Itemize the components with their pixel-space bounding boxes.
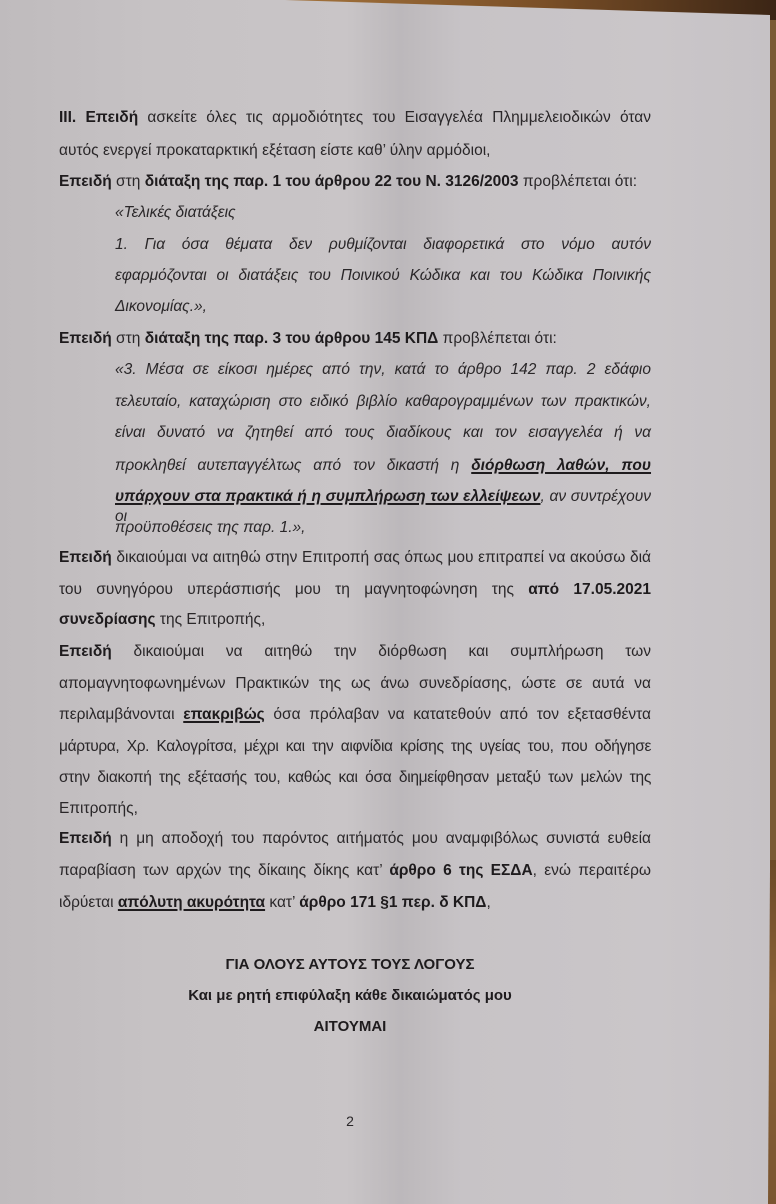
lead-word: Επειδή [59, 173, 112, 190]
paragraph-1-line-1: III. Επειδή ασκείτε όλες τις αρμοδιότητε… [59, 108, 651, 128]
closing-request: ΑΙΤΟΥΜΑΙ [150, 1017, 550, 1037]
date-reference: από 17.05.2021 [528, 581, 651, 598]
paragraph-6-line-3: ιδρύεται απόλυτη ακυρότητα κατ’ άρθρο 17… [59, 893, 651, 913]
paragraph-4-line-2: του συνηγόρου υπεράσπισής μου τη μαγνητο… [59, 580, 651, 600]
text: της Επιτροπής, [156, 611, 266, 628]
text: κατ’ [265, 894, 299, 911]
paragraph-4-line-3: συνεδρίασης της Επιτροπής, [59, 610, 651, 630]
text: , [486, 894, 490, 911]
text: η μη αποδοχή του παρόντος αιτήματός μου … [112, 830, 651, 847]
emphasized-text: υπάρχουν στα πρακτικά ή η συμπλήρωση των… [115, 488, 541, 505]
text: προβλέπεται ότι: [519, 173, 638, 190]
lead-word: Επειδή [85, 109, 138, 126]
text: παραβίαση των αρχών της δίκαιης δίκης κα… [59, 862, 389, 879]
lead-word: Επειδή [59, 330, 112, 347]
paragraph-1-line-2: αυτός ενεργεί προκαταρκτική εξέταση είστ… [59, 141, 651, 161]
text: δικαιούμαι να αιτηθώ στην Επιτροπή σας ό… [112, 549, 651, 566]
section-number: III. [59, 109, 85, 126]
text: όσα πρόλαβαν να κατατεθούν από τον εξετα… [265, 706, 651, 723]
legal-reference: διάταξη της παρ. 3 του άρθρου 145 ΚΠΔ [145, 330, 439, 347]
paragraph-2-line-1: Επειδή στη διάταξη της παρ. 1 του άρθρου… [59, 172, 651, 192]
quote-line: προκληθεί αυτεπαγγέλτως από τον δικαστή … [115, 456, 651, 476]
closing-reservation: Και με ρητή επιφύλαξη κάθε δικαιώματός μ… [150, 986, 550, 1006]
paragraph-6-line-2: παραβίαση των αρχών της δίκαιης δίκης κα… [59, 861, 651, 881]
text: στη [112, 330, 145, 347]
text: προκληθεί αυτεπαγγέλτως από τον δικαστή … [115, 457, 471, 474]
closing-heading: ΓΙΑ ΟΛΟΥΣ ΑΥΤΟΥΣ ΤΟΥΣ ΛΟΓΟΥΣ [150, 955, 550, 975]
lead-word: Επειδή [59, 830, 112, 847]
paragraph-4-line-1: Επειδή δικαιούμαι να αιτηθώ στην Επιτροπ… [59, 548, 651, 568]
quote-line: προϋποθέσεις της παρ. 1.», [115, 518, 651, 538]
quote-line: είναι δυνατό να ζητηθεί από τους διαδίκο… [115, 423, 651, 443]
emphasized-text: επακριβώς [183, 706, 264, 723]
text: δικαιούμαι να αιτηθώ την διόρθωση και συ… [112, 643, 651, 660]
text: προβλέπεται ότι: [438, 330, 557, 347]
legal-reference: άρθρο 171 §1 περ. δ ΚΠΔ [299, 894, 486, 911]
page-number: 2 [340, 1113, 360, 1129]
lead-word: Επειδή [59, 549, 112, 566]
paragraph-5-line-4: μάρτυρα, Χρ. Καλογρίτσα, μέχρι και την α… [59, 737, 651, 757]
legal-reference: διάταξη της παρ. 1 του άρθρου 22 του Ν. … [145, 173, 519, 190]
text: του συνηγόρου υπεράσπισής μου τη μαγνητο… [59, 581, 528, 598]
paragraph-6-line-1: Επειδή η μη αποδοχή του παρόντος αιτήματ… [59, 829, 651, 849]
quote-line: εφαρμόζονται οι διατάξεις του Ποινικού Κ… [115, 266, 651, 286]
quote-line: «3. Μέσα σε είκοσι ημέρες από την, κατά … [115, 360, 651, 380]
paragraph-5-line-1: Επειδή δικαιούμαι να αιτηθώ την διόρθωση… [59, 642, 651, 662]
document-page: III. Επειδή ασκείτε όλες τις αρμοδιότητε… [0, 0, 770, 1204]
emphasized-text: συνεδρίασης [59, 611, 156, 628]
text: περιλαμβάνονται [59, 706, 183, 723]
text: στη [112, 173, 145, 190]
lead-word: Επειδή [59, 643, 112, 660]
text: ασκείτε όλες τις αρμοδιότητες του Εισαγγ… [138, 109, 651, 126]
paragraph-5-line-6: Επιτροπής, [59, 799, 651, 819]
text: ιδρύεται [59, 894, 118, 911]
emphasized-text: διόρθωση λαθών, που [471, 457, 651, 474]
paragraph-3-line-1: Επειδή στη διάταξη της παρ. 3 του άρθρου… [59, 329, 651, 349]
text: , ενώ περαιτέρω [533, 862, 651, 879]
legal-reference: άρθρο 6 της ΕΣΔΑ [389, 862, 532, 879]
quote-line: 1. Για όσα θέματα δεν ρυθμίζονται διαφορ… [115, 235, 651, 255]
quote-line: τελευταίο, καταχώριση στο ειδικό βιβλίο … [115, 392, 651, 412]
quote-title: «Τελικές διατάξεις [115, 203, 651, 223]
emphasized-text: απόλυτη ακυρότητα [118, 894, 265, 911]
paragraph-5-line-2: απομαγνητοφωνημένων Πρακτικών της ως άνω… [59, 674, 651, 694]
paragraph-5-line-3: περιλαμβάνονται επακριβώς όσα πρόλαβαν ν… [59, 705, 651, 725]
quote-line: Δικονομίας.», [115, 297, 651, 317]
paragraph-5-line-5: στην διακοπή της εξέτασής του, καθώς και… [59, 768, 651, 788]
